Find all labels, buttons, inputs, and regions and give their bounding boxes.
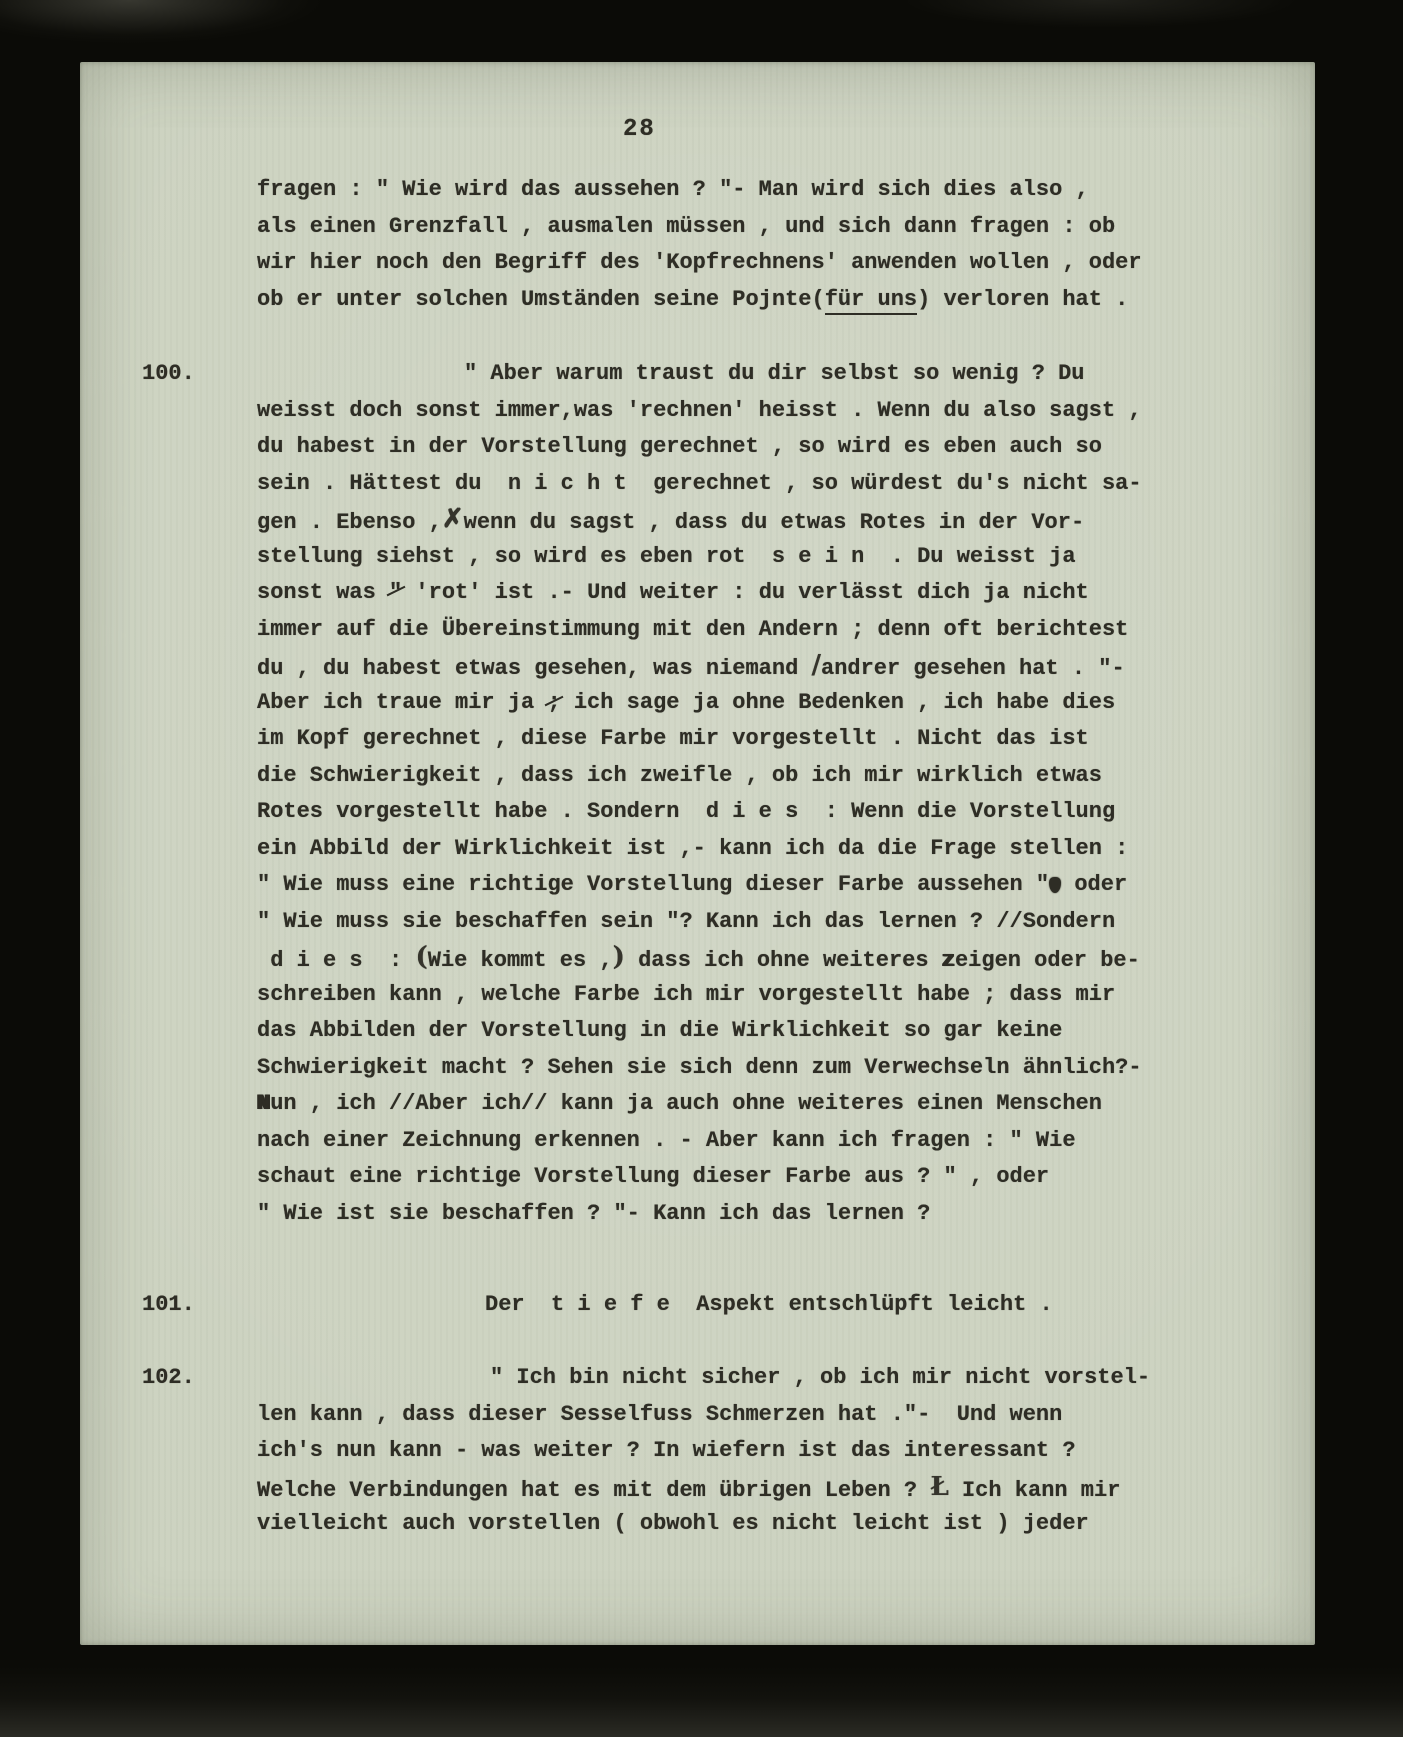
handwritten-annotation: ✗ — [442, 504, 464, 534]
text-line: Aber ich traue mir ja ; ich sage ja ohne… — [257, 685, 1285, 722]
text-segment: wir hier noch den Begriff des 'Kopfrechn… — [257, 250, 1142, 275]
text-segment: ich's nun kann - was weiter ? In wiefern… — [257, 1438, 1076, 1463]
text-segment: stellung siehst , so wird es eben rot s … — [257, 544, 1076, 569]
text-segment: len kann , dass dieser Sesselfuss Schmer… — [257, 1402, 1062, 1427]
text-segment: " Wie ist sie beschaffen ? "- Kann ich d… — [257, 1201, 930, 1226]
text-segment: Rotes vorgestellt habe . Sondern d i e s… — [257, 799, 1115, 824]
text-segment: 'rot' ist .- Und weiter : du verlässt di… — [402, 580, 1089, 605]
text-segment: weisst doch sonst immer,was 'rechnen' he… — [257, 398, 1142, 423]
text-segment: d i e s : — [257, 948, 415, 973]
text-segment: schaut eine richtige Vorstellung dieser … — [257, 1164, 1049, 1189]
section-number: 101. — [142, 1287, 195, 1324]
text-segment: eigen oder be- — [955, 948, 1140, 973]
text-line: ob er unter solchen Umständen seine Pojn… — [257, 282, 1285, 319]
text-segment: Aber ich traue mir ja — [257, 690, 547, 715]
text-line: ein Abbild der Wirklichkeit ist ,- kann … — [257, 831, 1285, 868]
text-line: " Aber warum traust du dir selbst so wen… — [257, 356, 1285, 393]
text-line: Schwierigkeit macht ? Sehen sie sich den… — [257, 1050, 1285, 1087]
text-segment: dass ich ohne weiteres — [625, 948, 942, 973]
section-100-text: " Aber warum traust du dir selbst so wen… — [257, 356, 1285, 1232]
text-line: ich's nun kann - was weiter ? In wiefern… — [257, 1433, 1285, 1470]
section-102: 102. " Ich bin nicht sicher , ob ich mir… — [257, 1360, 1285, 1543]
text-line: d i e s : (Wie kommt es ,) dass ich ohne… — [257, 940, 1285, 977]
document-page: 28 fragen : " Wie wird das aussehen ? "-… — [80, 62, 1315, 1645]
text-line: als einen Grenzfall , ausmalen müssen , … — [257, 209, 1285, 246]
text-line: im Kopf gerechnet , diese Farbe mir vorg… — [257, 721, 1285, 758]
text-segment: ich sage ja ohne Bedenken , ich habe die… — [561, 690, 1116, 715]
text-line: nach einer Zeichnung erkennen . - Aber k… — [257, 1123, 1285, 1160]
handwritten-annotation: ) — [613, 942, 625, 972]
text-segment: das Abbilden der Vorstellung in die Wirk… — [257, 1018, 1062, 1043]
text-segment: sonst was — [257, 580, 389, 605]
text-line: gen . Ebenso ,✗wenn du sagst , dass du e… — [257, 502, 1285, 539]
text-segment: " Wie muss eine richtige Vorstellung die… — [257, 872, 1049, 897]
text-segment: Welche Verbindungen hat es mit dem übrig… — [257, 1478, 930, 1503]
text-segment: ob er unter solchen Umständen seine Pojn… — [257, 287, 825, 312]
text-segment: Ich kann mir — [949, 1478, 1121, 1503]
strikethrough-mark: ; — [547, 685, 560, 722]
text-segment: " Wie muss sie beschaffen sein "? Kann i… — [257, 909, 1115, 934]
text-segment: oder — [1061, 872, 1127, 897]
text-line: sonst was " 'rot' ist .- Und weiter : du… — [257, 575, 1285, 612]
section-number: 100. — [142, 356, 195, 393]
text-line: immer auf die Übereinstimmung mit den An… — [257, 612, 1285, 649]
text-line: du , du habest etwas gesehen, was nieman… — [257, 648, 1285, 685]
text-segment: andrer gesehen hat . "- — [821, 656, 1125, 681]
scanned-document-screenshot: { "colors": { "background": "#0b0b07", "… — [0, 0, 1403, 1737]
text-segment: im Kopf gerechnet , diese Farbe mir vorg… — [257, 726, 1089, 751]
text-segment: die Schwierigkeit , dass ich zweifle , o… — [257, 763, 1102, 788]
text-segment: du , du habest etwas gesehen, was nieman… — [257, 656, 812, 681]
text-segment: " Ich bin nicht sicher , ob ich mir nich… — [490, 1365, 1150, 1390]
underlined-text: für uns — [825, 287, 917, 315]
text-line: Der t i e f e Aspekt entschlüpft leicht … — [257, 1287, 1285, 1324]
text-segment: als einen Grenzfall , ausmalen müssen , … — [257, 214, 1115, 239]
text-segment: Der t i e f e Aspekt entschlüpft leicht … — [485, 1292, 1053, 1317]
text-line: die Schwierigkeit , dass ich zweifle , o… — [257, 758, 1285, 795]
text-line: " Wie ist sie beschaffen ? "- Kann ich d… — [257, 1196, 1285, 1233]
text-line: wir hier noch den Begriff des 'Kopfrechn… — [257, 245, 1285, 282]
text-line: " Ich bin nicht sicher , ob ich mir nich… — [257, 1360, 1285, 1397]
text-segment: immer auf die Übereinstimmung mit den An… — [257, 617, 1128, 642]
handwritten-annotation: / — [812, 650, 822, 680]
text-line: du habest in der Vorstellung gerechnet ,… — [257, 429, 1285, 466]
text-segment: gen . Ebenso , — [257, 510, 442, 535]
section-102-text: " Ich bin nicht sicher , ob ich mir nich… — [257, 1360, 1285, 1543]
section-101-text: Der t i e f e Aspekt entschlüpft leicht … — [257, 1287, 1285, 1324]
scan-artifact-top-left — [0, 0, 430, 58]
text-line: len kann , dass dieser Sesselfuss Schmer… — [257, 1397, 1285, 1434]
text-segment: fragen : " Wie wird das aussehen ? "- Ma… — [257, 177, 1089, 202]
text-line: weisst doch sonst immer,was 'rechnen' he… — [257, 393, 1285, 430]
section-number: 102. — [142, 1360, 195, 1397]
scan-artifact-bottom — [0, 1667, 1403, 1737]
text-line: " Wie muss sie beschaffen sein "? Kann i… — [257, 904, 1285, 941]
text-line: Welche Verbindungen hat es mit dem übrig… — [257, 1470, 1285, 1507]
text-segment: ) verloren hat . — [917, 287, 1128, 312]
text-line: sein . Hättest du n i c h t gerechnet , … — [257, 466, 1285, 503]
handwritten-annotation: Ł — [930, 1472, 948, 1502]
text-segment: Schwierigkeit macht ? Sehen sie sich den… — [257, 1055, 1142, 1080]
text-segment: un , ich //Aber ich// kann ja auch ohne … — [270, 1091, 1102, 1116]
section-101: 101. Der t i e f e Aspekt entschlüpft le… — [257, 1287, 1285, 1324]
handwritten-annotation: ( — [415, 942, 427, 972]
text-segment: schreiben kann , welche Farbe ich mir vo… — [257, 982, 1115, 1007]
text-line: " Wie muss eine richtige Vorstellung die… — [257, 867, 1285, 904]
text-line: stellung siehst , so wird es eben rot s … — [257, 539, 1285, 576]
text-segment: wenn du sagst , dass du etwas Rotes in d… — [464, 510, 1085, 535]
text-line: Rotes vorgestellt habe . Sondern d i e s… — [257, 794, 1285, 831]
text-line: das Abbilden der Vorstellung in die Wirk… — [257, 1013, 1285, 1050]
text-segment: Wie kommt es , — [428, 948, 613, 973]
section-100: 100. " Aber warum traust du dir selbst s… — [257, 356, 1285, 1232]
overtyped-text: N — [257, 1091, 270, 1116]
text-segment: nach einer Zeichnung erkennen . - Aber k… — [257, 1128, 1076, 1153]
text-line: schreiben kann , welche Farbe ich mir vo… — [257, 977, 1285, 1014]
text-line: schaut eine richtige Vorstellung dieser … — [257, 1159, 1285, 1196]
ink-blot — [1049, 877, 1061, 893]
text-segment: ein Abbild der Wirklichkeit ist ,- kann … — [257, 836, 1128, 861]
overtyped-text: z — [942, 948, 955, 973]
text-line: Nun , ich //Aber ich// kann ja auch ohne… — [257, 1086, 1285, 1123]
scan-artifact-top-right — [900, 0, 1300, 40]
intro-paragraph: fragen : " Wie wird das aussehen ? "- Ma… — [257, 172, 1285, 318]
text-line: vielleicht auch vorstellen ( obwohl es n… — [257, 1506, 1285, 1543]
text-line: fragen : " Wie wird das aussehen ? "- Ma… — [257, 172, 1285, 209]
text-segment: " Aber warum traust du dir selbst so wen… — [464, 361, 1085, 386]
text-segment: vielleicht auch vorstellen ( obwohl es n… — [257, 1511, 1089, 1536]
strikethrough-mark: " — [389, 575, 402, 612]
text-segment: sein . Hättest du n i c h t gerechnet , … — [257, 471, 1142, 496]
page-number: 28 — [623, 116, 656, 143]
text-segment: du habest in der Vorstellung gerechnet ,… — [257, 434, 1102, 459]
